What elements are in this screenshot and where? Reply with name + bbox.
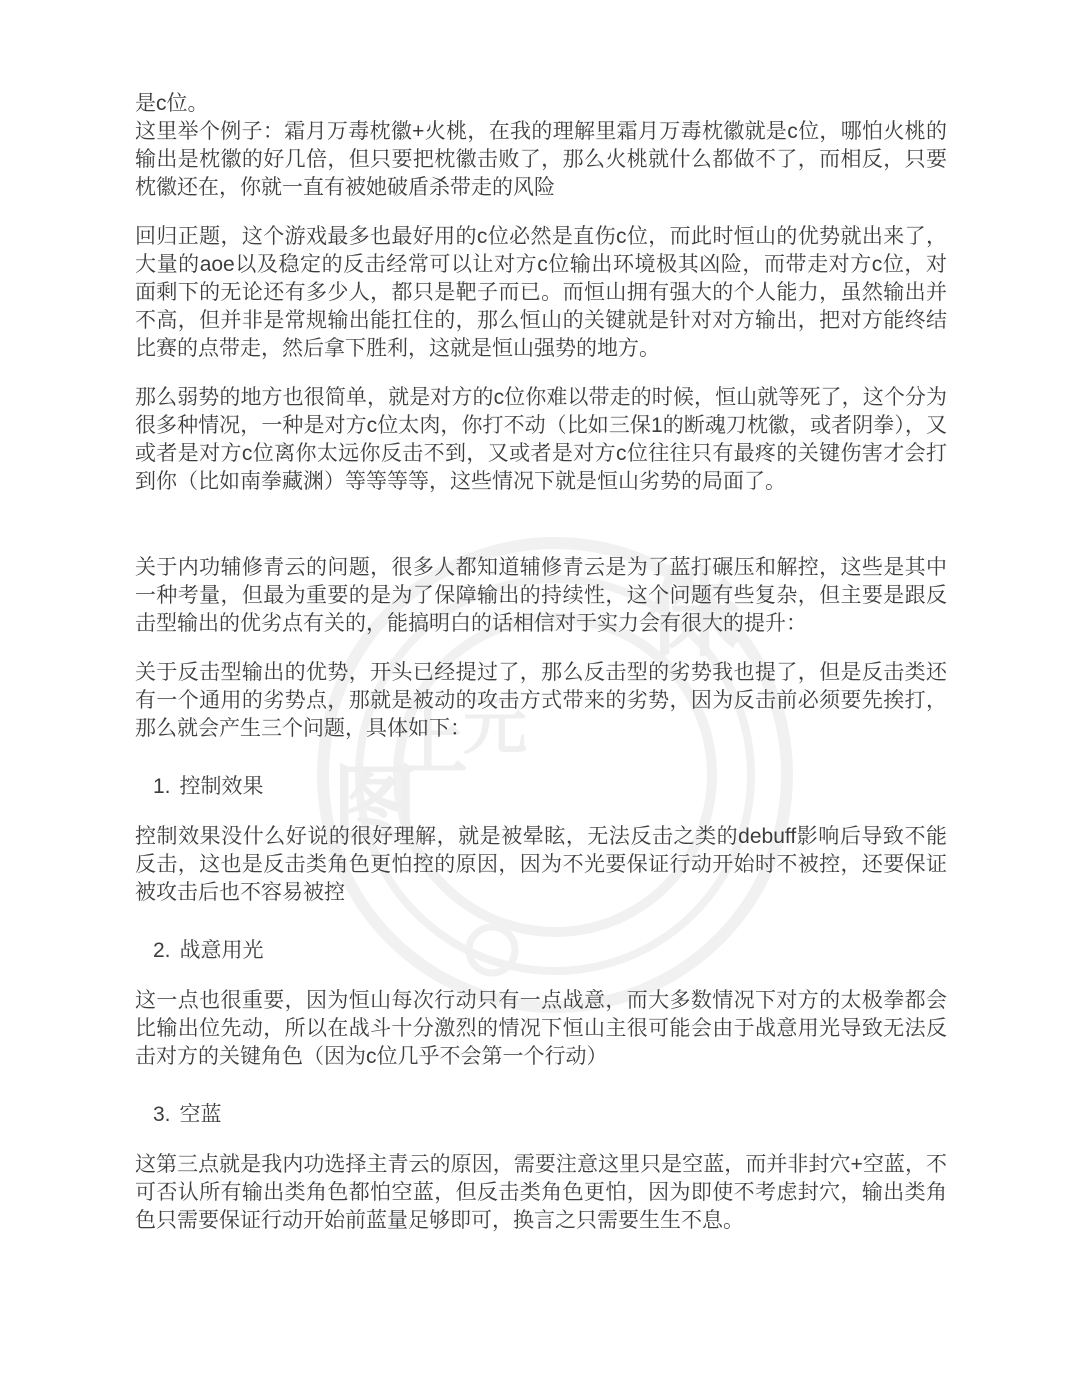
list-item-empty-mana: 3.空蓝	[135, 1101, 947, 1129]
paragraph-weaknesses: 那么弱势的地方也很简单，就是对方的c位你难以带走的时候，恒山就等死了，这个分为很…	[135, 384, 947, 496]
list-label: 空蓝	[180, 1103, 222, 1126]
paragraph-counter-disadvantages: 关于反击型输出的优势，开头已经提过了，那么反击型的劣势我也提了，但是反击类还有一…	[135, 659, 947, 743]
list-number: 2.	[153, 939, 171, 962]
list-item-control-effect: 1.控制效果	[135, 773, 947, 801]
paragraph-intro-tail: 是c位。	[135, 90, 947, 118]
list-label: 战意用光	[180, 939, 264, 962]
paragraph-empty-mana: 这第三点就是我内功选择主青云的原因，需要注意这里只是空蓝，而并非封穴+空蓝，不可…	[135, 1151, 947, 1235]
list-label: 控制效果	[180, 775, 264, 798]
document-page: 侏 元 上 图 是c位。 这里举个例子：霜月万毒枕徽+火桃，在我的理解里霜月万毒…	[0, 0, 1080, 1398]
paragraph-qingyun-intro: 关于内功辅修青云的问题，很多人都知道辅修青云是为了蓝打碾压和解控，这些是其中一种…	[135, 554, 947, 638]
paragraph-strengths: 回归正题，这个游戏最多也最好用的c位必然是直伤c位，而此时恒山的优势就出来了，大…	[135, 223, 947, 363]
paragraph-willpower: 这一点也很重要，因为恒山每次行动只有一点战意，而大多数情况下对方的太极拳都会比输…	[135, 987, 947, 1071]
list-number: 3.	[153, 1103, 171, 1126]
list-item-willpower: 2.战意用光	[135, 937, 947, 965]
paragraph-control-effect: 控制效果没什么好说的很好理解，就是被晕眩，无法反击之类的debuff影响后导致不…	[135, 823, 947, 907]
article-body: 是c位。 这里举个例子：霜月万毒枕徽+火桃，在我的理解里霜月万毒枕徽就是c位，哪…	[135, 90, 947, 1256]
list-number: 1.	[153, 775, 171, 798]
paragraph-example: 这里举个例子：霜月万毒枕徽+火桃，在我的理解里霜月万毒枕徽就是c位，哪怕火桃的输…	[135, 118, 947, 202]
